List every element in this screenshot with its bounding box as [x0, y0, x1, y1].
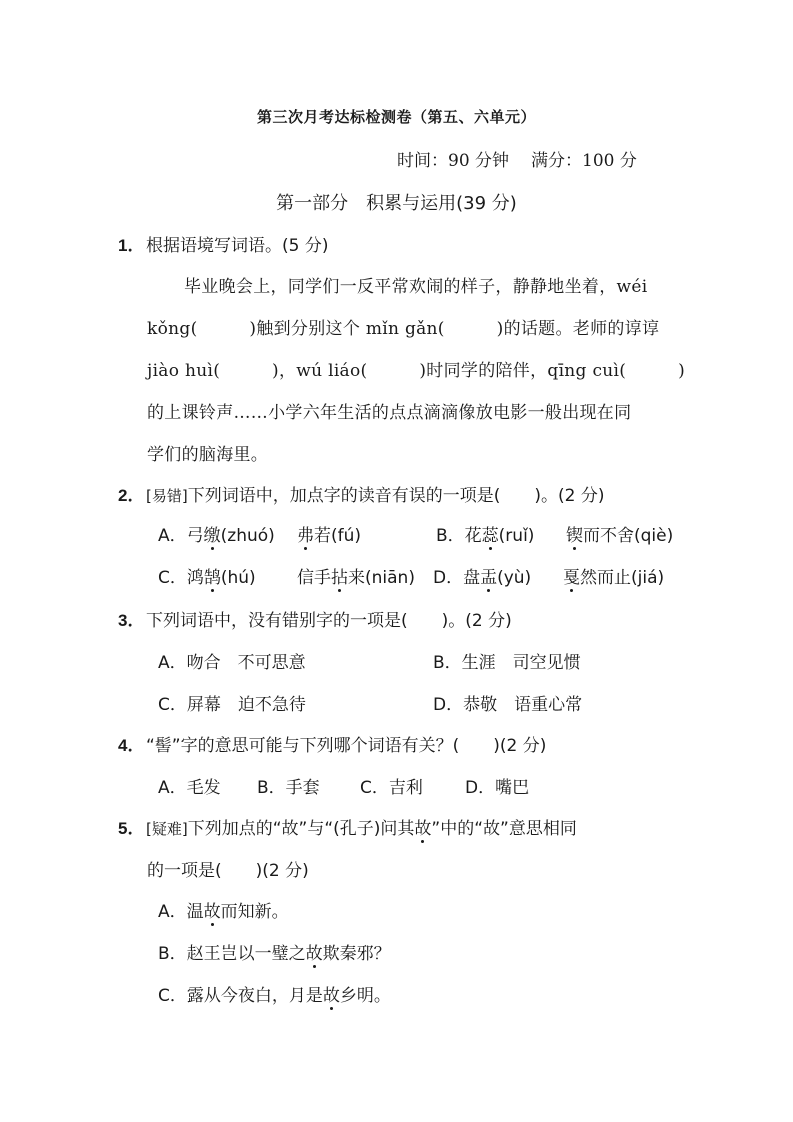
- option-text: 吉利: [389, 778, 423, 798]
- option-label: C．: [158, 695, 187, 715]
- question-text: “髻”字的意思可能与下列哪个词语有关？( )(2 分): [146, 736, 546, 756]
- part-title: 第一部分 积累与运用(39 分): [0, 189, 793, 215]
- option-text: 吻合 不可思意: [187, 653, 306, 673]
- dotted-char: 故: [414, 814, 431, 839]
- option-text: 嘴巴: [495, 778, 529, 798]
- dotted-char: 故: [306, 939, 323, 964]
- word-text: 若(fú): [314, 526, 361, 546]
- question-3-stem: 3．下列词语中，没有错别字的一项是( )。(2 分): [118, 606, 512, 631]
- q3-option-a[interactable]: A．吻合 不可思意: [158, 648, 306, 673]
- word-text: 然而止(jiá): [580, 568, 664, 588]
- q2-option-a-word-2: 弗若(fú): [297, 521, 361, 546]
- question-number: 2．: [118, 481, 146, 506]
- question-number: 1．: [118, 231, 146, 256]
- q2-option-c[interactable]: C．鸿鹄(hú): [158, 563, 256, 588]
- option-label: B．: [257, 778, 286, 798]
- option-text: 欺秦邪？: [323, 944, 391, 964]
- word-text: 信手: [297, 568, 331, 588]
- question-number: 3．: [118, 606, 146, 631]
- q2-option-c-word-2: 信手拈来(niān): [297, 563, 415, 588]
- question-tag: [疑难]: [146, 820, 188, 838]
- word-text: (ruǐ): [499, 526, 535, 546]
- dotted-char: 弗: [297, 521, 314, 546]
- q5-option-a[interactable]: A．温故而知新。: [158, 897, 289, 922]
- word-text: (hú): [221, 568, 256, 588]
- q2-option-b-word-2: 锲而不舍(qiè): [566, 521, 673, 546]
- option-label: A．: [158, 526, 187, 546]
- dotted-char: 缴: [204, 521, 221, 546]
- question-4-stem: 4．“髻”字的意思可能与下列哪个词语有关？( )(2 分): [118, 731, 546, 756]
- question-number: 5．: [118, 814, 146, 839]
- exam-title: 第三次月考达标检测卷（第五、六单元）: [0, 106, 793, 127]
- option-label: C．: [158, 986, 187, 1006]
- exam-time: 时间：90 分钟: [397, 151, 509, 171]
- word-text: 而不舍(qiè): [583, 526, 673, 546]
- option-text: 毛发: [187, 778, 221, 798]
- option-label: A．: [158, 778, 187, 798]
- question-text: 下列词语中，加点字的读音有误的一项是( )。(2 分): [188, 486, 605, 506]
- question-5-stem: 5．[疑难]下列加点的“故”与“(孔子)问其故”中的“故”意思相同: [118, 814, 577, 839]
- question-2-stem: 2．[易错]下列词语中，加点字的读音有误的一项是( )。(2 分): [118, 481, 604, 506]
- q1-passage-line-2: kǒng( )触到分别这个 mǐn gǎn( )的话题。老师的谆谆: [147, 314, 659, 339]
- option-label: C．: [360, 778, 389, 798]
- q4-option-b[interactable]: B．手套: [257, 773, 320, 798]
- exam-page: 第三次月考达标检测卷（第五、六单元） 时间：90 分钟满分：100 分 第一部分…: [0, 0, 793, 1122]
- question-5-stem-line-2: 的一项是( )(2 分): [147, 856, 309, 881]
- q1-passage-line-4: 的上课铃声……小学六年生活的点点滴滴像放电影一般出现在同: [147, 398, 631, 423]
- exam-meta: 时间：90 分钟满分：100 分: [397, 146, 637, 171]
- word-text: (zhuó): [221, 526, 275, 546]
- exam-full-score: 满分：100 分: [531, 151, 637, 171]
- option-label: B．: [433, 653, 462, 673]
- question-number: 4．: [118, 731, 146, 756]
- q5-option-b[interactable]: B．赵王岂以一璧之故欺秦邪？: [158, 939, 391, 964]
- question-text: ”中的“故”意思相同: [431, 819, 576, 839]
- option-label: D．: [465, 778, 495, 798]
- question-text: 下列加点的“故”与“(孔子)问其: [188, 819, 415, 839]
- option-label: C．: [158, 568, 187, 588]
- option-text: 温: [187, 902, 204, 922]
- dotted-char: 鹄: [204, 563, 221, 588]
- dotted-char: 戛: [563, 563, 580, 588]
- option-label: A．: [158, 902, 187, 922]
- q2-option-d-word-2: 戛然而止(jiá): [563, 563, 664, 588]
- question-text: 下列词语中，没有错别字的一项是( )。(2 分): [146, 611, 512, 631]
- option-text: 而知新。: [221, 902, 289, 922]
- option-label: B．: [436, 526, 465, 546]
- question-text: 根据语境写词语。(5 分): [146, 236, 328, 256]
- word-text: 弓: [187, 526, 204, 546]
- dotted-char: 故: [204, 897, 221, 922]
- option-label: D．: [433, 568, 463, 588]
- dotted-char: 拈: [331, 563, 348, 588]
- q5-option-c[interactable]: C．露从今夜白，月是故乡明。: [158, 981, 391, 1006]
- dotted-char: 故: [323, 981, 340, 1006]
- option-text: 手套: [286, 778, 320, 798]
- option-text: 露从今夜白，月是: [187, 986, 323, 1006]
- q4-option-a[interactable]: A．毛发: [158, 773, 221, 798]
- question-1-stem: 1．根据语境写词语。(5 分): [118, 231, 328, 256]
- dotted-char: 锲: [566, 521, 583, 546]
- option-label: B．: [158, 944, 187, 964]
- q3-option-c[interactable]: C．屏幕 迫不急待: [158, 690, 306, 715]
- option-text: 生涯 司空见惯: [462, 653, 581, 673]
- option-text: 恭敬 语重心常: [463, 695, 582, 715]
- question-tag: [易错]: [146, 487, 188, 505]
- word-text: 来(niān): [348, 568, 415, 588]
- word-text: (yù): [497, 568, 531, 588]
- option-text: 赵王岂以一璧之: [187, 944, 306, 964]
- q2-option-b[interactable]: B．花蕊(ruǐ): [436, 521, 534, 546]
- q1-passage-line-5: 学们的脑海里。: [147, 440, 268, 465]
- q1-passage-line-1: 毕业晚会上，同学们一反平常欢闹的样子，静静地坐着，wéi: [184, 272, 647, 297]
- q1-passage-line-3: jiào huì( )，wú liáo( )时同学的陪伴，qīng cuì( ): [147, 356, 685, 381]
- dotted-char: 蕊: [482, 521, 499, 546]
- word-text: 花: [465, 526, 482, 546]
- q4-option-d[interactable]: D．嘴巴: [465, 773, 529, 798]
- option-text: 屏幕 迫不急待: [187, 695, 306, 715]
- word-text: 盘: [463, 568, 480, 588]
- q2-option-d[interactable]: D．盘盂(yù): [433, 563, 531, 588]
- dotted-char: 盂: [480, 563, 497, 588]
- q2-option-a[interactable]: A．弓缴(zhuó): [158, 521, 275, 546]
- option-label: A．: [158, 653, 187, 673]
- q3-option-b[interactable]: B．生涯 司空见惯: [433, 648, 581, 673]
- option-label: D．: [433, 695, 463, 715]
- word-text: 鸿: [187, 568, 204, 588]
- option-text: 乡明。: [340, 986, 391, 1006]
- q4-option-c[interactable]: C．吉利: [360, 773, 423, 798]
- q3-option-d[interactable]: D．恭敬 语重心常: [433, 690, 582, 715]
